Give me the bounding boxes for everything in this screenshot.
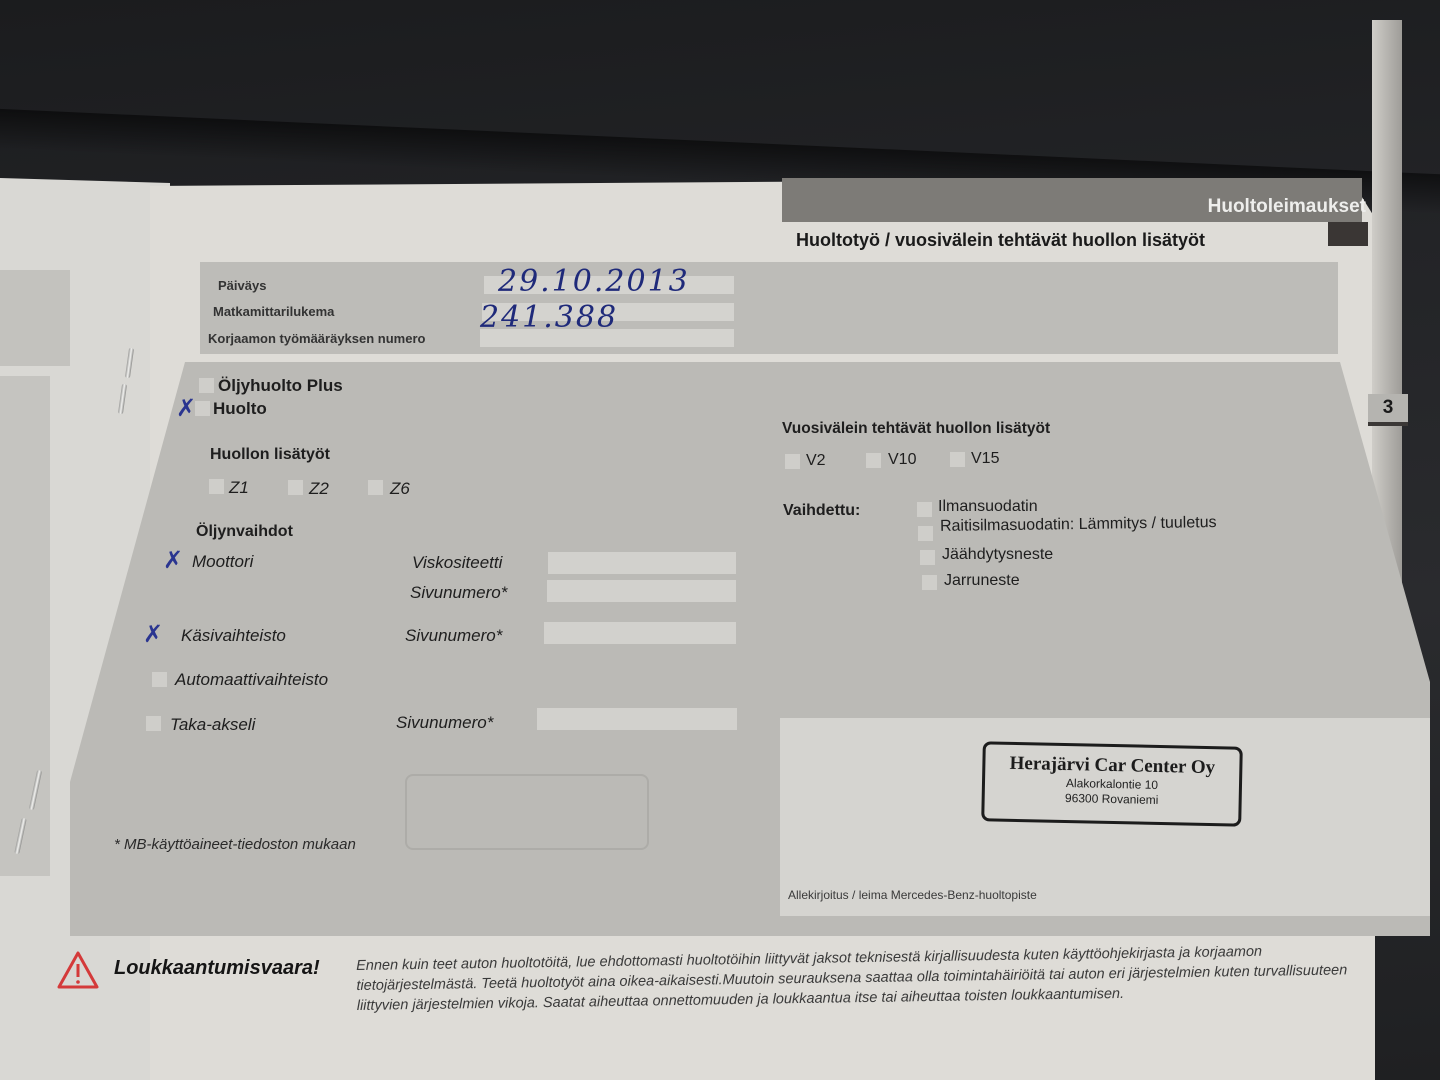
handwritten-check-icon: ✗ bbox=[176, 394, 196, 422]
coolant-label: Jäähdytysneste bbox=[942, 546, 1053, 564]
warning-triangle-icon bbox=[56, 950, 100, 990]
cabin-filter-checkbox[interactable] bbox=[918, 526, 933, 541]
brake-fluid-checkbox[interactable] bbox=[922, 575, 937, 590]
viscosity-label: Viskositeetti bbox=[412, 553, 502, 573]
signature-caption: Allekirjoitus / leima Mercedes-Benz-huol… bbox=[788, 888, 1037, 902]
manual-gearbox-label: Käsivaihteisto bbox=[181, 626, 286, 646]
subtitle-marker bbox=[1328, 222, 1368, 246]
dealer-stamp: Herajärvi Car Center Oy Alakorkalontie 1… bbox=[981, 741, 1243, 826]
handwritten-check-icon: ✗ bbox=[163, 546, 183, 574]
oil-service-plus-checkbox[interactable] bbox=[199, 378, 214, 393]
rear-axle-label: Taka-akseli bbox=[170, 715, 255, 735]
z6-checkbox[interactable] bbox=[368, 480, 383, 495]
z6-label: Z6 bbox=[390, 479, 410, 499]
manual-gearbox-page-field[interactable] bbox=[544, 622, 736, 644]
annual-work-heading: Vuosivälein tehtävät huollon lisätyöt bbox=[782, 420, 1050, 438]
engine-page-label: Sivunumero* bbox=[410, 583, 507, 603]
oil-service-plus-label: Öljyhuolto Plus bbox=[218, 376, 343, 396]
z1-checkbox[interactable] bbox=[209, 479, 224, 494]
date-label: Päiväys bbox=[218, 278, 266, 293]
rear-axle-page-field[interactable] bbox=[537, 708, 737, 730]
automatic-gearbox-checkbox[interactable] bbox=[152, 672, 167, 687]
faint-stamp-imprint bbox=[405, 774, 649, 850]
section-title: Huoltoleimaukset bbox=[1208, 196, 1366, 218]
date-value: 29.10.2013 bbox=[498, 264, 690, 299]
z2-label: Z2 bbox=[309, 479, 329, 499]
page-subtitle: Huoltotyö / vuosivälein tehtävät huollon… bbox=[796, 230, 1205, 251]
brake-fluid-label: Jarruneste bbox=[944, 572, 1020, 590]
z1-label: Z1 bbox=[229, 478, 249, 498]
work-order-label: Korjaamon työmääräyksen numero bbox=[208, 331, 425, 346]
v10-checkbox[interactable] bbox=[866, 453, 881, 468]
v2-checkbox[interactable] bbox=[785, 454, 800, 469]
rear-axle-page-label: Sivunumero* bbox=[396, 713, 493, 733]
engine-page-field[interactable] bbox=[547, 580, 736, 602]
warning-title: Loukkaantumisvaara! bbox=[114, 957, 320, 980]
odometer-value: 241.388 bbox=[480, 300, 618, 335]
cabin-filter-label: Raitisilmasuodatin: Lämmitys / tuuletus bbox=[940, 514, 1217, 536]
service-checkbox[interactable] bbox=[195, 401, 210, 416]
v15-checkbox[interactable] bbox=[950, 452, 965, 467]
v10-label: V10 bbox=[888, 451, 916, 469]
additional-work-heading: Huollon lisätyöt bbox=[210, 446, 330, 464]
rear-axle-checkbox[interactable] bbox=[146, 716, 161, 731]
oil-changes-heading: Öljynvaihdot bbox=[196, 523, 293, 541]
v2-label: V2 bbox=[806, 452, 826, 470]
handwritten-check-icon: ✗ bbox=[143, 620, 163, 648]
left-page-panel bbox=[0, 376, 50, 876]
manual-gearbox-page-label: Sivunumero* bbox=[405, 626, 502, 646]
v15-label: V15 bbox=[971, 450, 999, 468]
replaced-heading: Vaihdettu: bbox=[783, 502, 860, 520]
automatic-gearbox-label: Automaattivaihteisto bbox=[175, 670, 328, 690]
coolant-checkbox[interactable] bbox=[920, 550, 935, 565]
air-filter-checkbox[interactable] bbox=[917, 502, 932, 517]
service-label: Huolto bbox=[213, 399, 267, 419]
engine-label: Moottori bbox=[192, 552, 253, 572]
viscosity-field[interactable] bbox=[548, 552, 736, 574]
odometer-label: Matkamittarilukema bbox=[213, 304, 334, 319]
air-filter-label: Ilmansuodatin bbox=[938, 498, 1038, 516]
left-page-panel bbox=[0, 270, 70, 366]
footnote: * MB-käyttöaineet-tiedoston mukaan bbox=[114, 836, 356, 853]
z2-checkbox[interactable] bbox=[288, 480, 303, 495]
page-tab: 3 bbox=[1368, 394, 1408, 426]
